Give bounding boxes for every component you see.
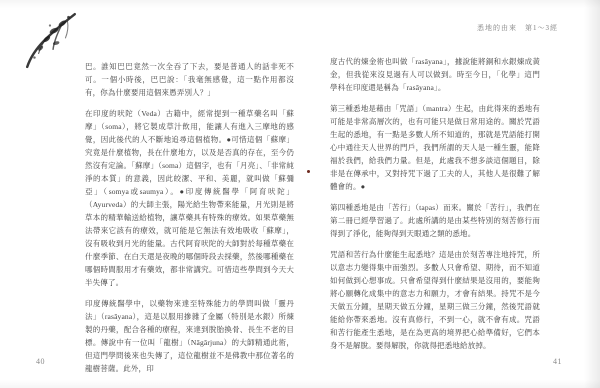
ink-branch-illustration — [20, 8, 82, 72]
scan-edge-shadow-bottom — [0, 380, 600, 388]
left-page-text-column: 巴。誰知巴巴竟然一次全吞了下去，要是普通人的話非死不可。一個小時後，巴巴說：「我… — [85, 60, 294, 375]
left-paragraph-3: 印度傳統醫學中，以藥物來達至特殊能力的學問叫做「靈丹法」（rasāyana），這… — [85, 297, 294, 375]
left-paragraph-2: 在印度的吠陀（Veda）古籍中，經常提到一種草藥名叫「蘇摩」（soma），將它製… — [85, 107, 294, 289]
right-paragraph-1: 度古代的煉金術也叫做「rasāyana」，據說能將銅和水銀煉成黃金，但我從來沒見… — [330, 55, 540, 94]
right-page-text-column: 度古代的煉金術也叫做「rasāyana」，據說能將銅和水銀煉成黃金，但我從來沒見… — [330, 55, 540, 352]
scan-edge-shadow-top — [0, 0, 600, 8]
scan-edge-shadow-right — [584, 0, 600, 388]
left-page-number: 40 — [36, 357, 45, 366]
right-paragraph-3: 第四種悉地是由「苦行」（tapas）而來。關於「苦行」，我們在第二冊已經學習過了… — [330, 201, 540, 240]
right-page-number: 41 — [553, 357, 562, 366]
running-header: 悉地的由來 第1～3經 — [477, 24, 558, 33]
right-paragraph-4: 咒語和苦行為什麼能生起悉地？這是由於刻苦專注地持咒，所以意志力變得集中而強烈。多… — [330, 248, 540, 352]
book-spread: 悉地的由來 第1～3經 巴。誰知巴巴竟然一次全吞了下去，要是普通人的話非死不可。… — [0, 0, 600, 388]
left-paragraph-1: 巴。誰知巴巴竟然一次全吞了下去，要是普通人的話非死不可。一個小時後，巴巴說：「我… — [85, 60, 294, 99]
right-paragraph-2: 第三種悉地是藉由「咒語」（mantra）生起，由此得來的悉地有可能是非常高層次的… — [330, 102, 540, 193]
margin-note-dot — [307, 170, 310, 173]
